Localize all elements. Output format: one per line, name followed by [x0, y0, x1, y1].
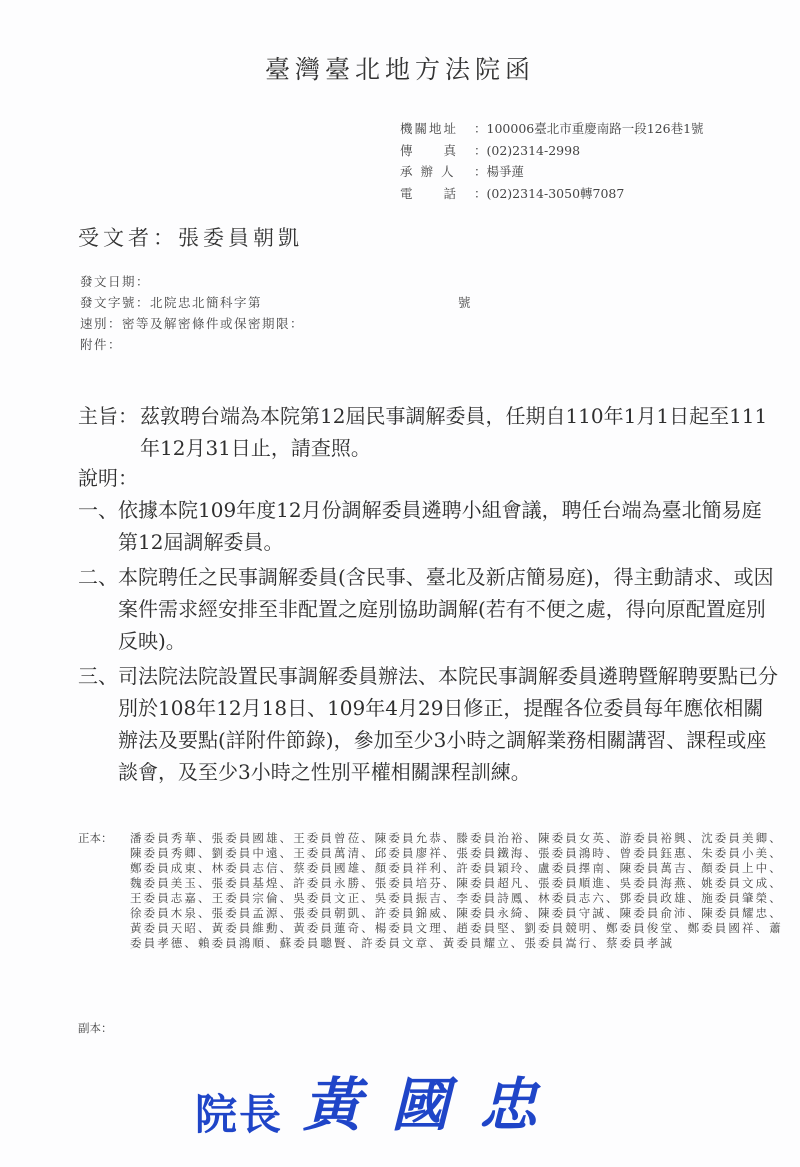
recipient: 受文者：張委員朝凱: [78, 222, 303, 252]
security-level: 速別：密等及解密條件或保密期限：: [80, 313, 304, 334]
phone-label: 電 話: [400, 183, 474, 205]
item-text: 司法院法院設置民事調解委員辦法、本院民事調解委員遴聘暨解聘要點已分別於108年1…: [118, 660, 778, 788]
document-title: 臺灣臺北地方法院函: [0, 50, 800, 86]
colon: ：: [474, 161, 487, 183]
cc-label: 正本：: [78, 831, 130, 951]
handler-value: 楊爭蓮: [487, 161, 525, 183]
subject-text: 茲敦聘台端為本院第12屆民事調解委員，任期自110年1月1日起至111年12月3…: [140, 400, 778, 464]
subject-section: 主旨： 茲敦聘台端為本院第12屆民事調解委員，任期自110年1月1日起至111年…: [78, 400, 778, 464]
issue-number: 發文字號：北院忠北簡科字第: [80, 295, 262, 310]
signature-title: 院長: [195, 1090, 283, 1139]
issue-number-suffix: 號: [458, 292, 472, 313]
item-number: 一、: [78, 494, 118, 558]
phone-value: (02)2314-3050轉7087: [487, 183, 625, 205]
issue-number-row: 發文字號：北院忠北簡科字第 號: [80, 292, 304, 313]
subject-label: 主旨：: [78, 400, 140, 464]
item-number: 三、: [78, 660, 118, 788]
fax-value: (02)2314-2998: [487, 140, 581, 162]
handler-label: 承 辦 人: [400, 161, 474, 183]
attachment: 附件：: [80, 334, 304, 355]
issue-date: 發文日期：: [80, 271, 304, 292]
item-text: 本院聘任之民事調解委員(含民事、臺北及新店簡易庭)，得主動請求、或因案件需求經安…: [118, 561, 778, 657]
signature: 院長黃國忠: [195, 1058, 567, 1142]
copy-label: 副本：: [78, 1020, 113, 1036]
cc-list: 潘委員秀華、張委員國雄、王委員曾莅、陳委員允恭、滕委員治裕、陳委員女英、游委員裕…: [130, 831, 790, 951]
address-value: 100006臺北市重慶南路一段126巷1號: [487, 118, 704, 140]
fax-row: 傳 真 ： (02)2314-2998: [400, 140, 704, 162]
document-meta: 發文日期： 發文字號：北院忠北簡科字第 號 速別：密等及解密條件或保密期限： 附…: [80, 271, 304, 355]
item-number: 二、: [78, 561, 118, 657]
explanation-item: 二、 本院聘任之民事調解委員(含民事、臺北及新店簡易庭)，得主動請求、或因案件需…: [78, 561, 778, 657]
item-text: 依據本院109年度12月份調解委員遴聘小組會議，聘任台端為臺北簡易庭第12屆調解…: [118, 494, 778, 558]
explanation-label: 說明：: [78, 462, 778, 494]
handler-row: 承 辦 人 ： 楊爭蓮: [400, 161, 704, 183]
address-row: 機關地址 ： 100006臺北市重慶南路一段126巷1號: [400, 118, 704, 140]
contact-block: 機關地址 ： 100006臺北市重慶南路一段126巷1號 傳 真 ： (02)2…: [400, 118, 704, 204]
explanation-item: 三、 司法院法院設置民事調解委員辦法、本院民事調解委員遴聘暨解聘要點已分別於10…: [78, 660, 778, 788]
fax-label: 傳 真: [400, 140, 474, 162]
colon: ：: [474, 118, 487, 140]
signature-name: 黃國忠: [303, 1071, 567, 1139]
address-label: 機關地址: [400, 118, 474, 140]
explanation-items: 一、 依據本院109年度12月份調解委員遴聘小組會議，聘任台端為臺北簡易庭第12…: [78, 494, 778, 791]
colon: ：: [474, 183, 487, 205]
original-recipients: 正本： 潘委員秀華、張委員國雄、王委員曾莅、陳委員允恭、滕委員治裕、陳委員女英、…: [78, 831, 790, 951]
explanation-item: 一、 依據本院109年度12月份調解委員遴聘小組會議，聘任台端為臺北簡易庭第12…: [78, 494, 778, 558]
phone-row: 電 話 ： (02)2314-3050轉7087: [400, 183, 704, 205]
colon: ：: [474, 140, 487, 162]
